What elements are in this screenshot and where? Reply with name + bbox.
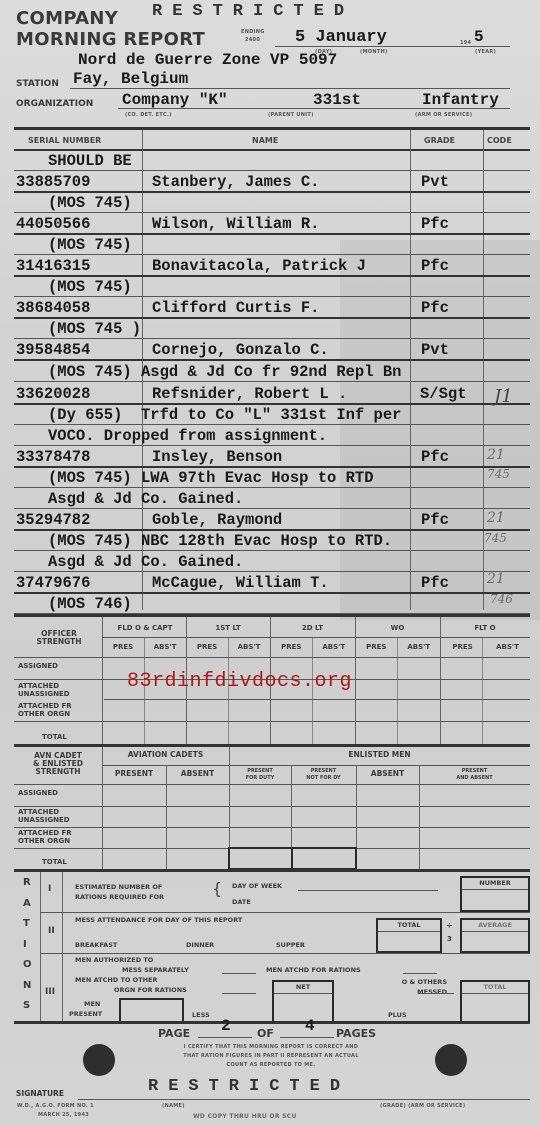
sub-label-month: (MONTH) xyxy=(360,49,388,55)
station-value: Fay, Belgium xyxy=(73,70,188,88)
org-sub-arm: (ARM OR SERVICE) xyxy=(415,112,472,118)
rations-total-box[interactable]: TOTAL xyxy=(460,980,530,1022)
serial-cell: 33885709 xyxy=(16,173,90,191)
code-handwritten-goble-mos: 745 xyxy=(484,531,507,545)
serial-cell: (Dy 655) xyxy=(48,406,122,424)
location-line: Nord de Guerre Zone VP 5097 xyxy=(78,51,337,69)
col-abst: ABS'T xyxy=(313,643,356,651)
serial-cell: Asgd & Jd xyxy=(48,490,132,508)
roster-bottom-line xyxy=(14,614,530,617)
name-cell: Bonavitacola, Patrick J xyxy=(152,257,366,275)
col-abst: ABS'T xyxy=(228,643,270,651)
org-arm-service: Infantry xyxy=(422,91,499,109)
enlisted-bottom-line xyxy=(14,869,530,872)
others-messed-line[interactable] xyxy=(418,993,454,994)
sec3-men-2: PRESENT xyxy=(69,1010,102,1018)
officers-others-messed: O & OTHERS MESSED xyxy=(351,977,447,997)
form-number: W.D., A.G.O. FORM NO. 1 xyxy=(17,1103,94,1109)
name-cell: Trfd to Co "L" 331st Inf per xyxy=(141,406,401,424)
code-handwritten-insley-mos: 745 xyxy=(487,467,510,481)
enl-row-label-attached-fr-other: ATTACHED FR OTHER ORGN xyxy=(18,829,72,845)
row-line xyxy=(14,550,530,551)
rations-side-letter: N xyxy=(23,980,31,991)
col-cadet-absent: ABSENT xyxy=(166,770,229,778)
row-label-assigned: ASSIGNED xyxy=(18,662,58,670)
grade-cell: Pfc xyxy=(421,448,449,466)
name-cell: NBC 128th Evac Hosp to RTD. xyxy=(141,532,392,550)
supper-label: SUPPER xyxy=(276,941,305,949)
punch-hole-right xyxy=(435,1044,467,1076)
serial-cell: 38684058 xyxy=(16,299,90,317)
officer-group-wo: WO xyxy=(355,624,440,632)
col-header-code: CODE xyxy=(487,136,512,145)
group-aviation-cadets: AVIATION CADETS xyxy=(102,751,229,759)
grade-cell: Pfc xyxy=(421,257,449,275)
certification-text: I CERTIFY THAT THIS MORNING REPORT IS CO… xyxy=(135,1043,407,1070)
row-line xyxy=(14,359,530,361)
atchd-other-line[interactable] xyxy=(222,993,256,994)
code-handwritten-goble: 21 xyxy=(487,510,505,526)
average-box-divider xyxy=(462,931,528,932)
grade-cell: Pvt xyxy=(421,173,449,191)
year-digit: 5 xyxy=(474,28,484,46)
morning-report-form: RESTRICTED COMPANY MORNING REPORT ENDING… xyxy=(0,0,540,1126)
rations-total-divider xyxy=(462,993,528,994)
net-box[interactable]: NET xyxy=(272,980,334,1022)
page-number-line xyxy=(198,1037,252,1038)
row-line xyxy=(14,233,530,235)
row-line xyxy=(14,338,530,339)
total-present-not-duty-box xyxy=(291,847,357,870)
sec1-number: I xyxy=(48,884,51,894)
organization-label: ORGANIZATION xyxy=(16,99,93,109)
less-label: LESS xyxy=(192,1011,210,1019)
serial-cell: 33620028 xyxy=(16,385,90,403)
col-header-line xyxy=(14,149,530,151)
officer-strength-title: OFFICER STRENGTH xyxy=(24,630,94,646)
col-pres: PRES xyxy=(270,643,313,651)
ending-time-label: 2400 xyxy=(245,37,260,43)
photo-shadow xyxy=(340,240,540,620)
punch-hole-left xyxy=(83,1044,115,1076)
row-line xyxy=(14,592,530,594)
breakfast-label: BREAKFAST xyxy=(75,941,117,949)
enl-col-line xyxy=(166,765,167,869)
dinner-label: DINNER xyxy=(186,941,214,949)
brace-icon: { xyxy=(212,879,222,898)
sec3-number: III xyxy=(45,987,55,997)
col-header-name: NAME xyxy=(252,136,278,145)
row-line xyxy=(14,529,530,531)
row-label-attached-unassigned: ATTACHED UNASSIGNED xyxy=(18,682,70,698)
serial-cell: (MOS 745) xyxy=(48,469,132,487)
officer-sub-line xyxy=(397,637,398,745)
name-cell: McCague, William T. xyxy=(152,574,329,592)
row-label-attached-fr-other: ATTACHED FR OTHER ORGN xyxy=(18,702,72,718)
form-title-company: COMPANY xyxy=(16,8,118,29)
col-pres: PRES xyxy=(186,643,228,651)
enl-group-line xyxy=(102,765,530,766)
men-atchd-for-rations: MEN ATCHD FOR RATIONS xyxy=(266,966,361,974)
number-box-divider xyxy=(462,889,528,890)
org-parent-unit: 331st xyxy=(313,91,361,109)
mess-separately-line[interactable] xyxy=(222,973,256,974)
station-underline xyxy=(70,88,510,89)
sec3-men-1: MEN xyxy=(84,1000,100,1008)
row-line xyxy=(14,275,530,277)
total-present-duty-box xyxy=(228,847,293,870)
col-present-and-absent: PRESENT AND ABSENT xyxy=(419,768,530,782)
signature-line[interactable] xyxy=(78,1099,530,1100)
name-cell: Clifford Curtis F. xyxy=(152,299,319,317)
ending-label: ENDING xyxy=(241,29,265,35)
net-box-divider xyxy=(274,993,332,994)
serial-cell: (MOS 745) xyxy=(48,278,132,296)
pages-label: PAGES xyxy=(336,1027,376,1040)
signature-name-label: (NAME) xyxy=(162,1103,185,1109)
plus-label: PLUS xyxy=(388,1011,407,1019)
rations-side-letter: R xyxy=(23,877,31,888)
rations-side-letter: T xyxy=(23,918,30,929)
row-line xyxy=(14,254,530,255)
serial-cell: (MOS 746) xyxy=(48,595,132,613)
enl-row-line xyxy=(14,784,530,785)
officer-row-line xyxy=(14,657,530,658)
mess-total-box[interactable]: TOTAL xyxy=(376,918,442,953)
sec1-day-of-week-label: DAY OF WEEK xyxy=(232,882,282,890)
col-pres: PRES xyxy=(102,643,144,651)
sec2-label: MESS ATTENDANCE FOR DAY OF THIS REPORT xyxy=(75,916,242,924)
officer-group-flt-o: FLT O xyxy=(440,624,530,632)
code-handwritten-mccague-mos: 746 xyxy=(490,592,513,606)
enl-row-label-total: TOTAL xyxy=(42,858,67,866)
officer-group-2d-lt: 2D LT xyxy=(270,624,355,632)
sec3-atchd-other-2: ORGN FOR RATIONS xyxy=(114,986,187,994)
date-underline xyxy=(275,46,510,47)
grade-cell: Pvt xyxy=(421,341,449,359)
wd-copy-note: WD COPY THRU HRU OR SCU xyxy=(193,1113,297,1120)
header-divider xyxy=(14,127,530,130)
org-company: Company "K" xyxy=(122,91,228,109)
grade-cell: Pfc xyxy=(421,511,449,529)
serial-cell: (MOS 745) xyxy=(48,363,132,381)
grade-cell: Pfc xyxy=(421,215,449,233)
serial-cell: 44050566 xyxy=(16,215,90,233)
page-number: 2 xyxy=(221,1017,231,1035)
name-cell: Wilson, William R. xyxy=(152,215,319,233)
row-line xyxy=(14,170,530,171)
rations-number-box[interactable]: NUMBER xyxy=(460,876,530,912)
sec3-atchd-other-1: MEN ATCHD TO OTHER xyxy=(75,976,158,984)
row-label-total: TOTAL xyxy=(42,733,67,741)
watermark: 83rdinfdivdocs.org xyxy=(127,670,352,693)
officer-bottom-line xyxy=(14,744,530,747)
row-line xyxy=(14,466,530,468)
enl-row-line xyxy=(14,806,530,807)
signature-label: SIGNATURE xyxy=(16,1089,64,1098)
serial-cell: VOCO. Dropped from assignment. xyxy=(48,427,327,445)
officer-group-line xyxy=(102,637,530,638)
day-of-week-line[interactable] xyxy=(298,890,438,891)
page-total-line xyxy=(280,1037,334,1038)
row-line xyxy=(14,445,530,446)
name-cell: Stanbery, James C. xyxy=(152,173,319,191)
rations-num-line xyxy=(62,872,63,1022)
col-present-not-for-duty: PRESENT NOT FOR DY xyxy=(291,768,356,782)
mess-average-box[interactable]: AVERAGE xyxy=(460,918,530,953)
divide-three: 3 xyxy=(447,935,452,943)
org-underline xyxy=(118,108,510,109)
enl-row-label-attached-unassigned: ATTACHED UNASSIGNED xyxy=(18,808,70,824)
of-label: OF xyxy=(257,1027,274,1040)
row-line xyxy=(14,424,530,425)
rations-sec2-line xyxy=(40,953,530,954)
report-date: 5 January xyxy=(295,28,387,47)
org-sub-parent: (PARENT UNIT) xyxy=(268,112,314,118)
col-divider-name xyxy=(410,130,411,610)
enl-row-line xyxy=(14,827,530,828)
form-title-morning-report: MORNING REPORT xyxy=(16,29,205,50)
station-label: STATION xyxy=(16,79,59,89)
name-cell: Insley, Benson xyxy=(152,448,282,466)
col-abst: ABS'T xyxy=(485,643,530,651)
page-label: PAGE xyxy=(158,1027,190,1040)
code-handwritten-insley: 21 xyxy=(487,447,505,463)
serial-cell: 39584854 xyxy=(16,341,90,359)
org-sub-company: (CO. DET. ETC.) xyxy=(125,112,172,118)
sec1-label: ESTIMATED NUMBER OF RATIONS REQUIRED FOR xyxy=(75,882,164,902)
row-line xyxy=(14,212,530,213)
col-pres: PRES xyxy=(440,643,485,651)
col-header-serial: SERIAL NUMBER xyxy=(28,136,101,145)
serial-cell: (MOS 745) xyxy=(48,194,132,212)
col-cadet-present: PRESENT xyxy=(102,770,166,778)
officer-row-line xyxy=(14,721,530,722)
name-cell: Asgd & Jd Co fr 92nd Repl Bn xyxy=(141,363,401,381)
serial-cell: 33378478 xyxy=(16,448,90,466)
col-em-absent: ABSENT xyxy=(356,770,419,778)
officer-sub-line xyxy=(482,637,483,745)
row-line xyxy=(14,403,530,405)
officer-group-fld-capt: FLD O & CAPT xyxy=(104,624,186,632)
atchd-for-rations-line[interactable] xyxy=(403,973,437,974)
code-handwritten-mccague: 21 xyxy=(487,571,505,587)
officer-group-1st-lt: 1ST LT xyxy=(186,624,270,632)
officer-row-line xyxy=(104,699,530,700)
total-box-divider xyxy=(378,931,440,932)
sec2-number: II xyxy=(48,926,55,936)
rations-side-line xyxy=(40,872,41,1022)
rations-sec1-line xyxy=(40,912,530,913)
name-cell: Co. Gained. xyxy=(141,490,243,508)
serial-cell: (MOS 745) xyxy=(48,236,132,254)
serial-cell: 35294782 xyxy=(16,511,90,529)
divide-sign: ÷ xyxy=(446,921,453,930)
rations-side-letter: S xyxy=(23,1000,30,1011)
grade-cell: Pfc xyxy=(421,574,449,592)
serial-cell: (MOS 745) xyxy=(48,532,132,550)
sec3-authorized-1: MEN AUTHORIZED TO xyxy=(75,956,153,964)
signature-grade-label: (GRADE) (ARM OR SERVICE) xyxy=(380,1103,465,1109)
serial-cell: Asgd & Jd Co. Gained. xyxy=(48,553,243,571)
restricted-stamp-top: RESTRICTED xyxy=(152,2,354,21)
sec1-date-label: DATE xyxy=(232,898,251,906)
row-line xyxy=(14,381,530,382)
sub-label-year: (YEAR) xyxy=(475,49,496,55)
sec3-authorized-2: MESS SEPARATELY xyxy=(122,966,189,974)
col-abst: ABS'T xyxy=(144,643,186,651)
row-line xyxy=(14,487,530,488)
row-line xyxy=(14,571,530,572)
serial-cell: SHOULD BE xyxy=(48,152,132,170)
rations-side-letter: O xyxy=(23,959,32,970)
serial-cell: 31416315 xyxy=(16,257,90,275)
row-line xyxy=(14,508,530,509)
name-cell: Cornejo, Gonzalo C. xyxy=(152,341,329,359)
page-total: 4 xyxy=(305,1017,315,1035)
col-pres: PRES xyxy=(355,643,398,651)
name-cell: LWA 97th Evac Hosp to RTD xyxy=(141,469,374,487)
serial-cell: (MOS 745 ) xyxy=(48,320,141,338)
col-abst: ABS'T xyxy=(398,643,441,651)
group-enlisted-men: ENLISTED MEN xyxy=(229,751,530,759)
enl-row-label-assigned: ASSIGNED xyxy=(18,789,58,797)
restricted-stamp-bottom: RESTRICTED xyxy=(148,1077,350,1096)
row-line xyxy=(14,296,530,297)
col-header-grade: GRADE xyxy=(424,136,455,145)
name-cell: Goble, Raymond xyxy=(152,511,282,529)
row-line xyxy=(14,191,530,193)
col-present-for-duty: PRESENT FOR DUTY xyxy=(229,768,291,782)
name-cell: Refsnider, Robert L . xyxy=(152,385,347,403)
serial-cell: 37479676 xyxy=(16,574,90,592)
code-handwritten-j1: J1 xyxy=(494,386,513,407)
grade-cell: Pfc xyxy=(421,299,449,317)
form-date: MARCH 25, 1943 xyxy=(38,1112,89,1118)
grade-cell: S/Sgt xyxy=(420,385,467,403)
row-line xyxy=(14,317,530,319)
enlisted-strength-title: AVN CADET & ENLISTED STRENGTH xyxy=(18,752,98,776)
rations-side-letter: I xyxy=(23,939,27,950)
rations-side-letter: A xyxy=(23,898,31,909)
men-present-box[interactable] xyxy=(119,998,184,1021)
